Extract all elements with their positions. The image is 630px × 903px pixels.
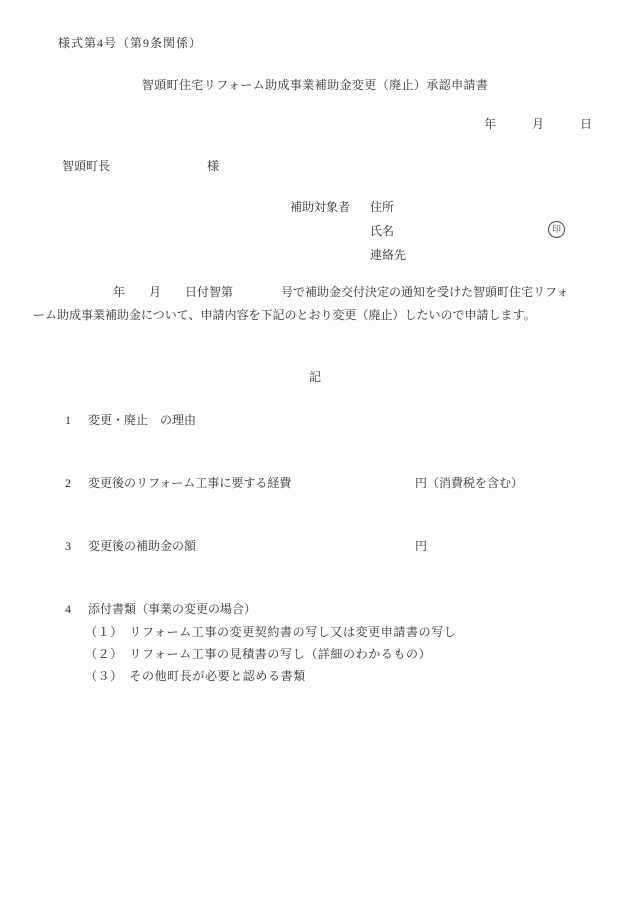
applicant-name-label: 氏名 bbox=[370, 225, 394, 237]
item-3-text: 変更後の補助金の額 bbox=[88, 540, 196, 552]
addressee-honorific: 様 bbox=[207, 160, 219, 172]
item-2-unit-suffix: 円（消費税を含む） bbox=[415, 477, 523, 489]
item-2-text: 変更後のリフォーム工事に要する経費 bbox=[88, 477, 291, 489]
body-paragraph-line1: 年 月 日付智第 号で補助金交付決定の通知を受けた智頭町住宅リフォ bbox=[113, 286, 568, 298]
seal-icon: 印 bbox=[548, 221, 565, 238]
item-4-text: 添付書類（事業の変更の場合） bbox=[88, 603, 256, 615]
addressee-name: 智頭町長 bbox=[62, 160, 110, 172]
applicant-label: 補助対象者 bbox=[290, 201, 350, 213]
item-4-subitem-3: （３） その他町長が必要と認める書類 bbox=[85, 670, 306, 682]
body-paragraph-line2: ーム助成事業補助金について、申請内容を下記のとおり変更（廃止）したいので申請しま… bbox=[33, 309, 536, 321]
form-number: 様式第4号（第9条関係） bbox=[58, 37, 202, 49]
list-heading: 記 bbox=[0, 371, 630, 383]
document-page: 様式第4号（第9条関係） 智頭町住宅リフォーム助成事業補助金変更（廃止）承認申請… bbox=[0, 0, 630, 903]
applicant-address-label: 住所 bbox=[370, 201, 394, 213]
item-3-unit-suffix: 円 bbox=[415, 540, 427, 552]
item-1-text: 変更・廃止 の理由 bbox=[88, 414, 196, 426]
item-4-number: 4 bbox=[65, 603, 71, 615]
document-title: 智頭町住宅リフォーム助成事業補助金変更（廃止）承認申請書 bbox=[0, 79, 630, 91]
item-1-number: 1 bbox=[65, 414, 71, 426]
item-4-subitem-2: （２） リフォーム工事の見積書の写し（詳細のわかるもの） bbox=[85, 648, 431, 660]
item-2-number: 2 bbox=[65, 477, 71, 489]
item-4-subitem-1: （１） リフォーム工事の変更契約書の写し又は変更申請書の写し bbox=[85, 626, 456, 638]
seal-mark-label: 印 bbox=[552, 224, 561, 234]
item-3-number: 3 bbox=[65, 540, 71, 552]
date-line: 年 月 日 bbox=[484, 118, 592, 130]
applicant-contact-label: 連絡先 bbox=[370, 249, 406, 261]
